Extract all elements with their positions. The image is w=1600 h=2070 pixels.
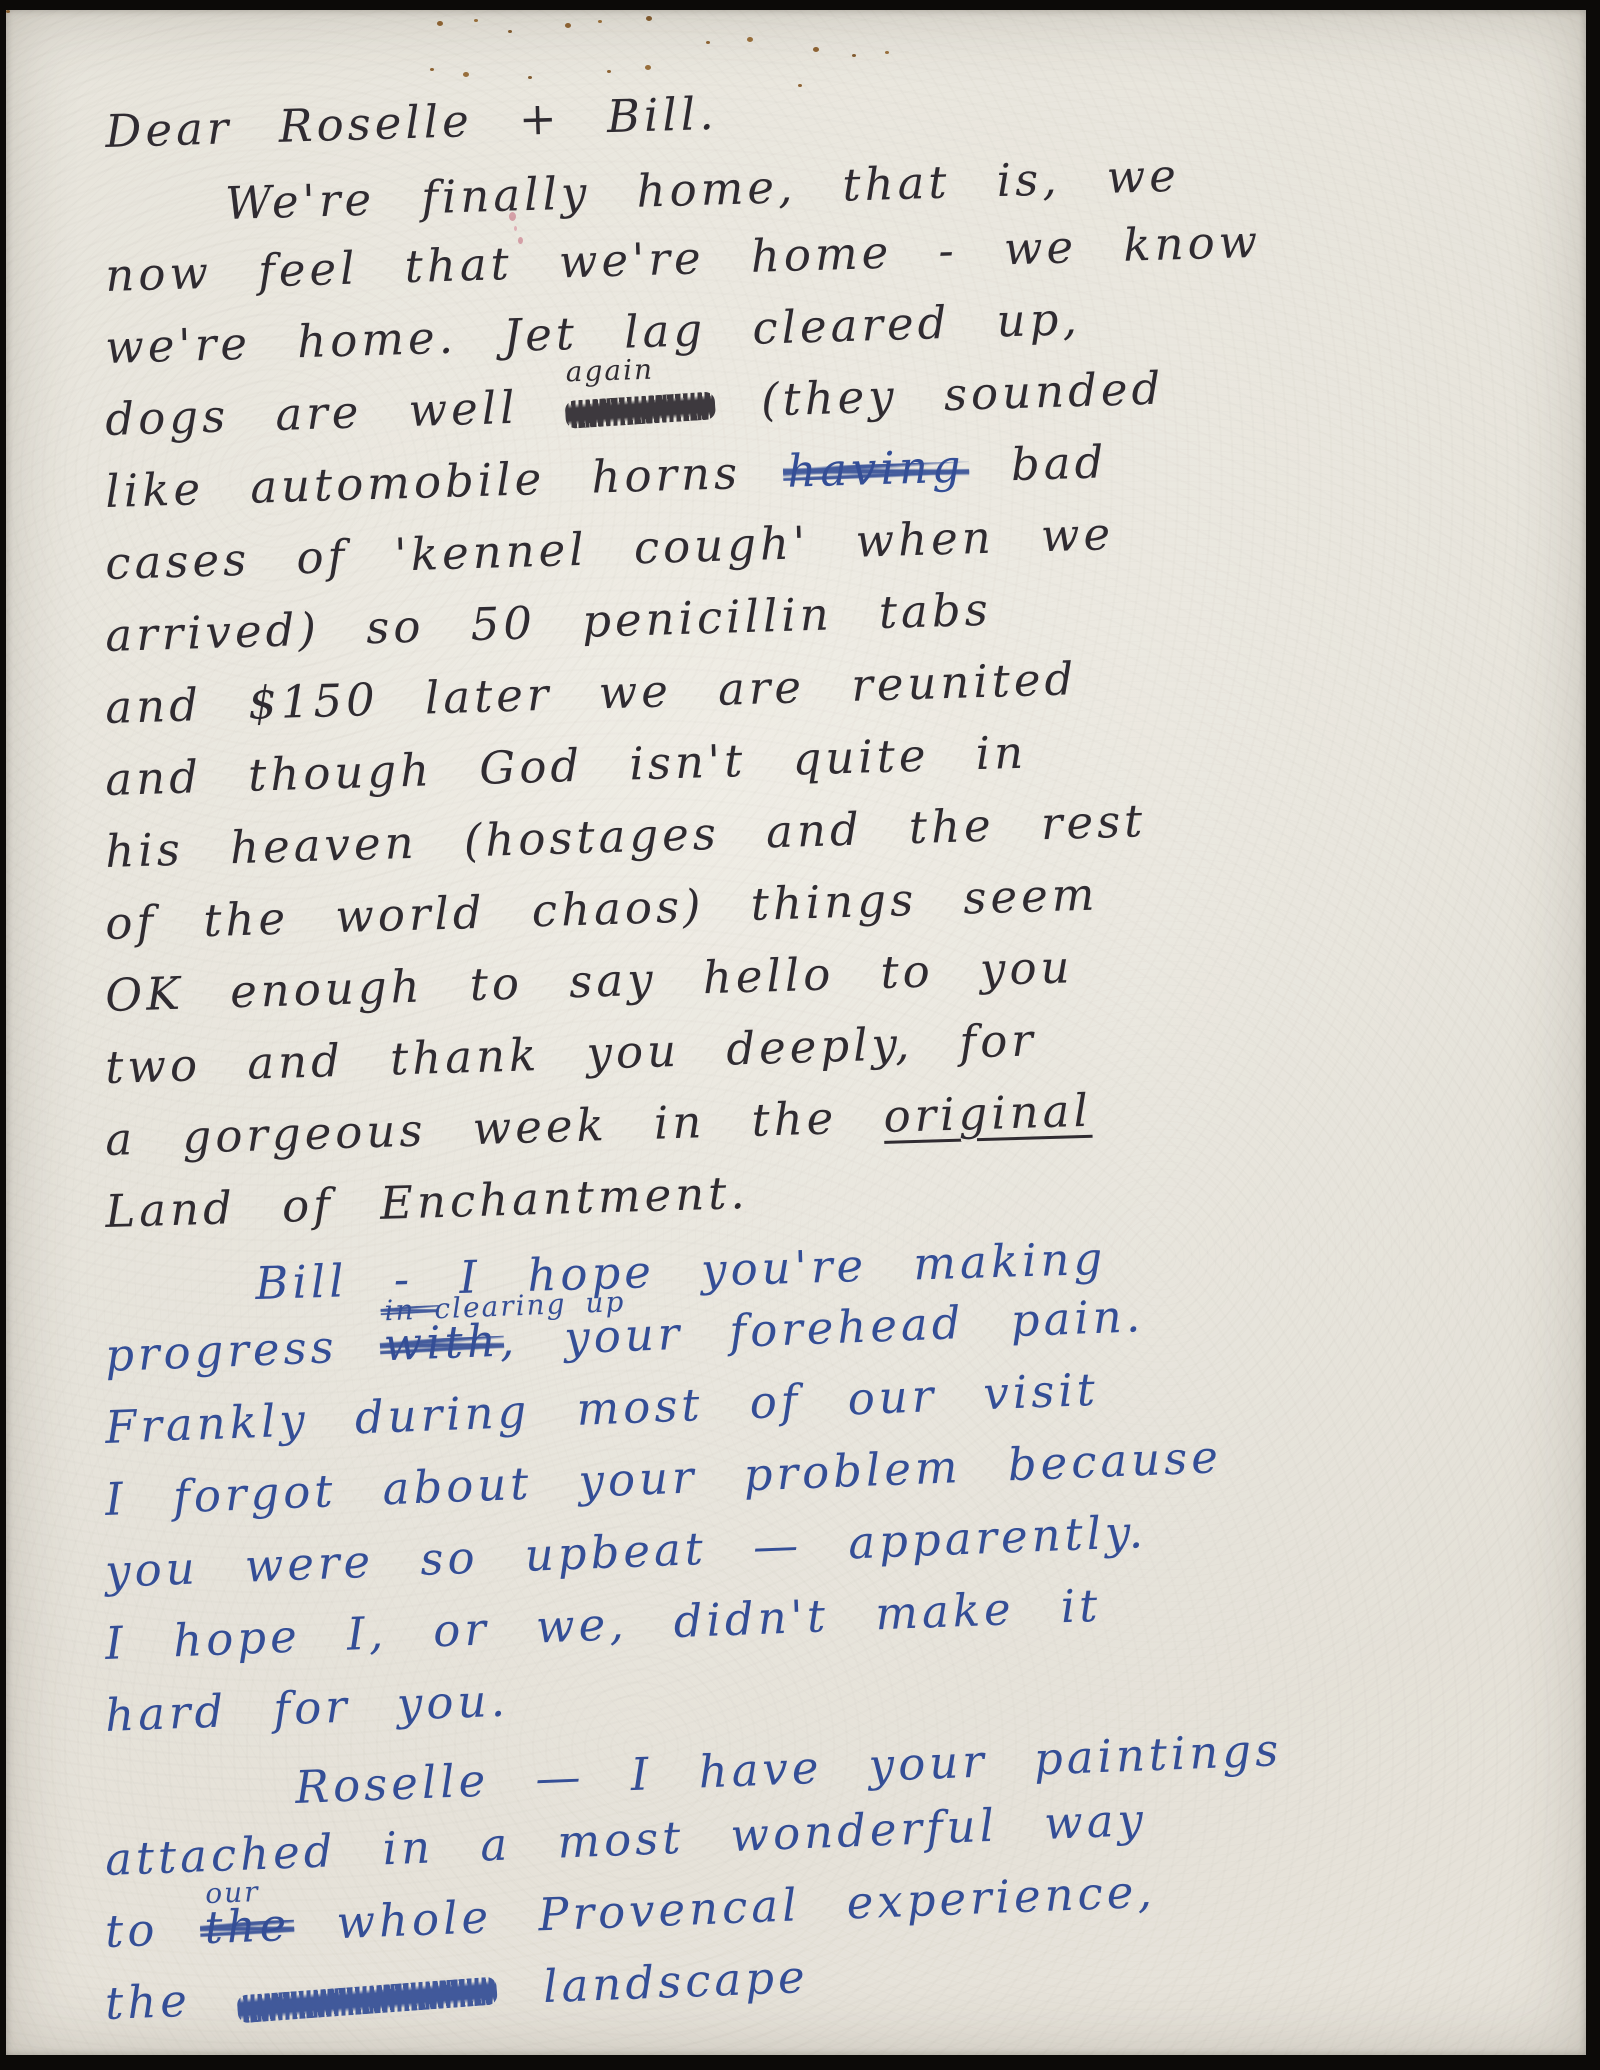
letter-body: Dear Roselle + Bill.We're finally home, …	[106, 96, 1236, 2040]
struck-word: having	[786, 440, 965, 498]
inserted-text-above: again	[565, 356, 654, 387]
letter-text: again	[565, 353, 654, 389]
edited-word-with-insertion: in clearing upwith	[382, 1305, 501, 1381]
letter-paper: Dear Roselle + Bill.We're finally home, …	[6, 10, 1586, 2055]
letter-text: the	[104, 1972, 238, 2030]
edited-word-with-insertion: ourthe	[203, 1889, 291, 1964]
letter-text: Land of Enchantment.	[105, 1166, 750, 1238]
letter-text: like automobile horns	[105, 445, 789, 518]
letter-text: bad	[964, 435, 1108, 492]
letter-text: Dear Roselle + Bill.	[105, 87, 719, 158]
scribbled-out-word	[237, 1976, 498, 2023]
letter-text: dogs are well	[105, 379, 566, 446]
edited-word-with-insertion: again	[564, 366, 716, 442]
struck-word: with	[383, 1314, 501, 1371]
underlined-word: original	[883, 1084, 1093, 1143]
rust-stain-specks	[6, 10, 10, 13]
letter-text: hard for you.	[104, 1674, 510, 1742]
letter-text: progress	[104, 1318, 385, 1382]
scribbled-out-word	[564, 391, 715, 429]
letter-text: a gorgeous week in the	[105, 1090, 885, 1166]
struck-word: the	[204, 1898, 292, 1954]
letter-text: to	[104, 1901, 205, 1958]
letter-text: landscape	[496, 1950, 810, 2015]
letter-text: (they sounded	[714, 362, 1165, 428]
